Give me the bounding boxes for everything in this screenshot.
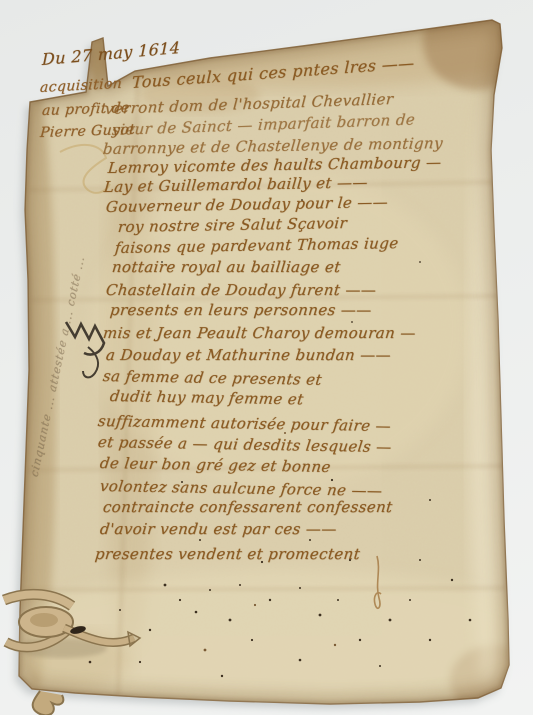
parchment-artwork bbox=[0, 0, 533, 715]
manuscript-photo: Du 27 may 1614acquisitionau profit dePie… bbox=[0, 0, 533, 715]
corner-tab-shading bbox=[91, 38, 105, 90]
bottom-tie-end bbox=[33, 691, 64, 715]
